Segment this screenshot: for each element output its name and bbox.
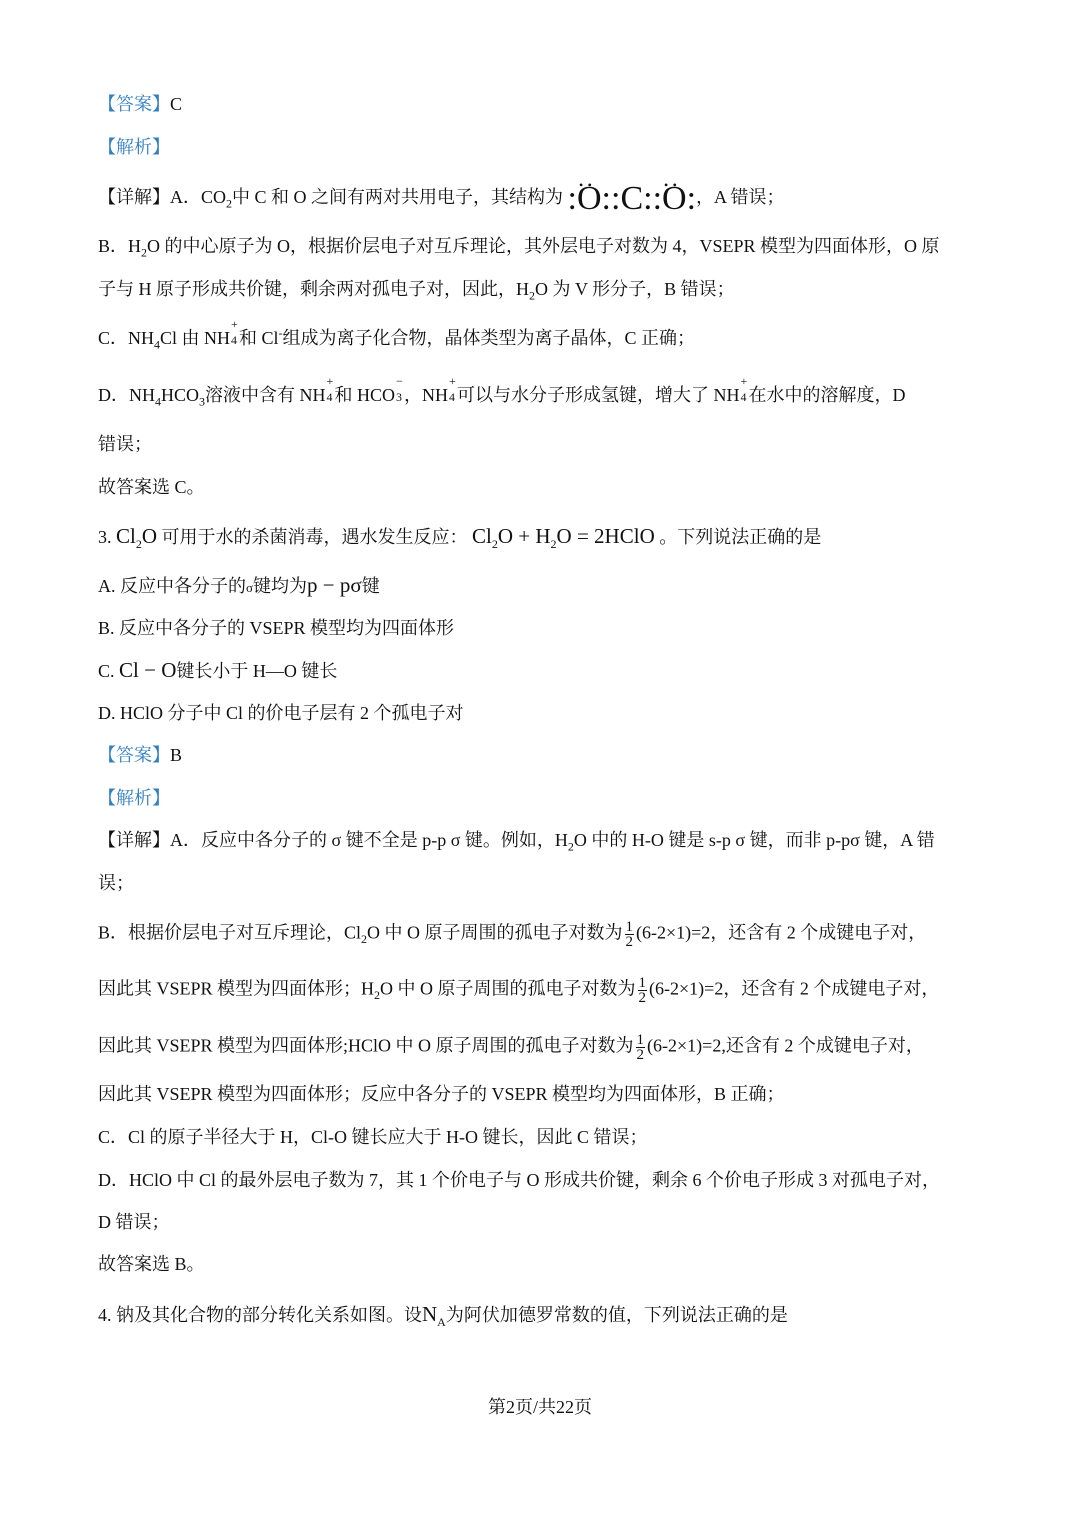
analysis-tag: 【解析】 [98,788,170,808]
detail-tag: 【详解】 [98,830,170,850]
q3-option-c: C. Cl − O键长小于 H—O 键长 [98,658,337,683]
fraction-one-half: 12 [638,976,648,1005]
q3-detail-a-line2: 误； [98,871,134,895]
fraction-one-half: 12 [625,920,635,949]
q3-detail-b-line4: 因此其 VSEPR 模型为四面体形；反应中各分子的 VSEPR 模型均为四面体形… [98,1082,785,1106]
q3-detail-d-line1: D．HClO 中 Cl 的最外层电子数为 7，其 1 个价电子与 O 形成共价键… [98,1168,940,1192]
q2-answer-line: 【答案】C [98,92,182,116]
q2-analysis-line: 【解析】 [98,135,170,159]
page-footer: 第2页/共22页 [0,1393,1080,1419]
q3-stem: 3. Cl2O 可用于水的杀菌消毒，遇水发生反应： Cl2O + H2O = 2… [98,524,821,549]
q2-detail-d-line1: D．NH4HCO3溶液中含有 NH+4和 HCO−3，NH+4可以与水分子形成氢… [98,383,906,407]
answer-value: C [170,94,182,114]
q2-detail-b-line1: B．H2O 的中心原子为 O，根据价层电子对互斥理论，其外层电子对数为 4，VS… [98,234,940,258]
q3-analysis-line: 【解析】 [98,786,170,810]
q3-detail-d-line2: D 错误； [98,1210,170,1234]
q2-detail-d-line2: 错误； [98,432,152,456]
answer-value: B [170,745,182,765]
q2-conclusion: 故答案选 C。 [98,475,205,499]
detail-tag: 【详解】 [98,187,170,207]
q3-answer-line: 【答案】B [98,743,182,767]
q3-detail-b-line2: 因此其 VSEPR 模型为四面体形；H2O 中 O 原子周围的孤电子对数为12(… [98,976,939,1005]
q3-detail-b-line1: B．根据价层电子对互斥理论，Cl2O 中 O 原子周围的孤电子对数为12(6-2… [98,920,926,949]
q4-stem: 4. 钠及其化合物的部分转化关系如图。设NA为阿伏加德罗常数的值，下列说法正确的… [98,1302,788,1327]
fraction-one-half: 12 [636,1033,646,1062]
q2-detail-b-line2: 子与 H 原子形成共价键，剩余两对孤电子对，因此，H2O 为 V 形分子，B 错… [98,277,735,301]
q3-detail-b-line3: 因此其 VSEPR 模型为四面体形;HClO 中 O 原子周围的孤电子对数为12… [98,1033,924,1062]
q3-option-a: A. 反应中各分子的σ键均为p − pσ键 [98,573,380,600]
co2-lewis-structure: :O::C::O: [568,184,697,214]
q3-detail-c: C．Cl 的原子半径大于 H，Cl-O 键长应大于 H-O 键长，因此 C 错误… [98,1125,648,1149]
q3-conclusion: 故答案选 B。 [98,1252,205,1276]
ion-charge: +4 [230,326,239,344]
q3-option-b: B. 反应中各分子的 VSEPR 模型均为四面体形 [98,616,454,640]
analysis-tag: 【解析】 [98,137,170,157]
answer-tag: 【答案】 [98,94,170,114]
q2-detail-a: 【详解】A．CO2中 C 和 O 之间有两对共用电子，其结构为 :O::C::O… [98,184,785,214]
q2-detail-c: C．NH4Cl 由 NH+4和 Cl-组成为离子化合物，晶体类型为离子晶体，C … [98,326,695,350]
answer-tag: 【答案】 [98,745,170,765]
q3-detail-a-line1: 【详解】A．反应中各分子的 σ 键不全是 p-p σ 键。例如，H2O 中的 H… [98,828,935,852]
reaction-equation: Cl2O + H2O = 2HClO [472,524,655,548]
q3-option-d: D. HClO 分子中 Cl 的价电子层有 2 个孤电子对 [98,701,464,725]
